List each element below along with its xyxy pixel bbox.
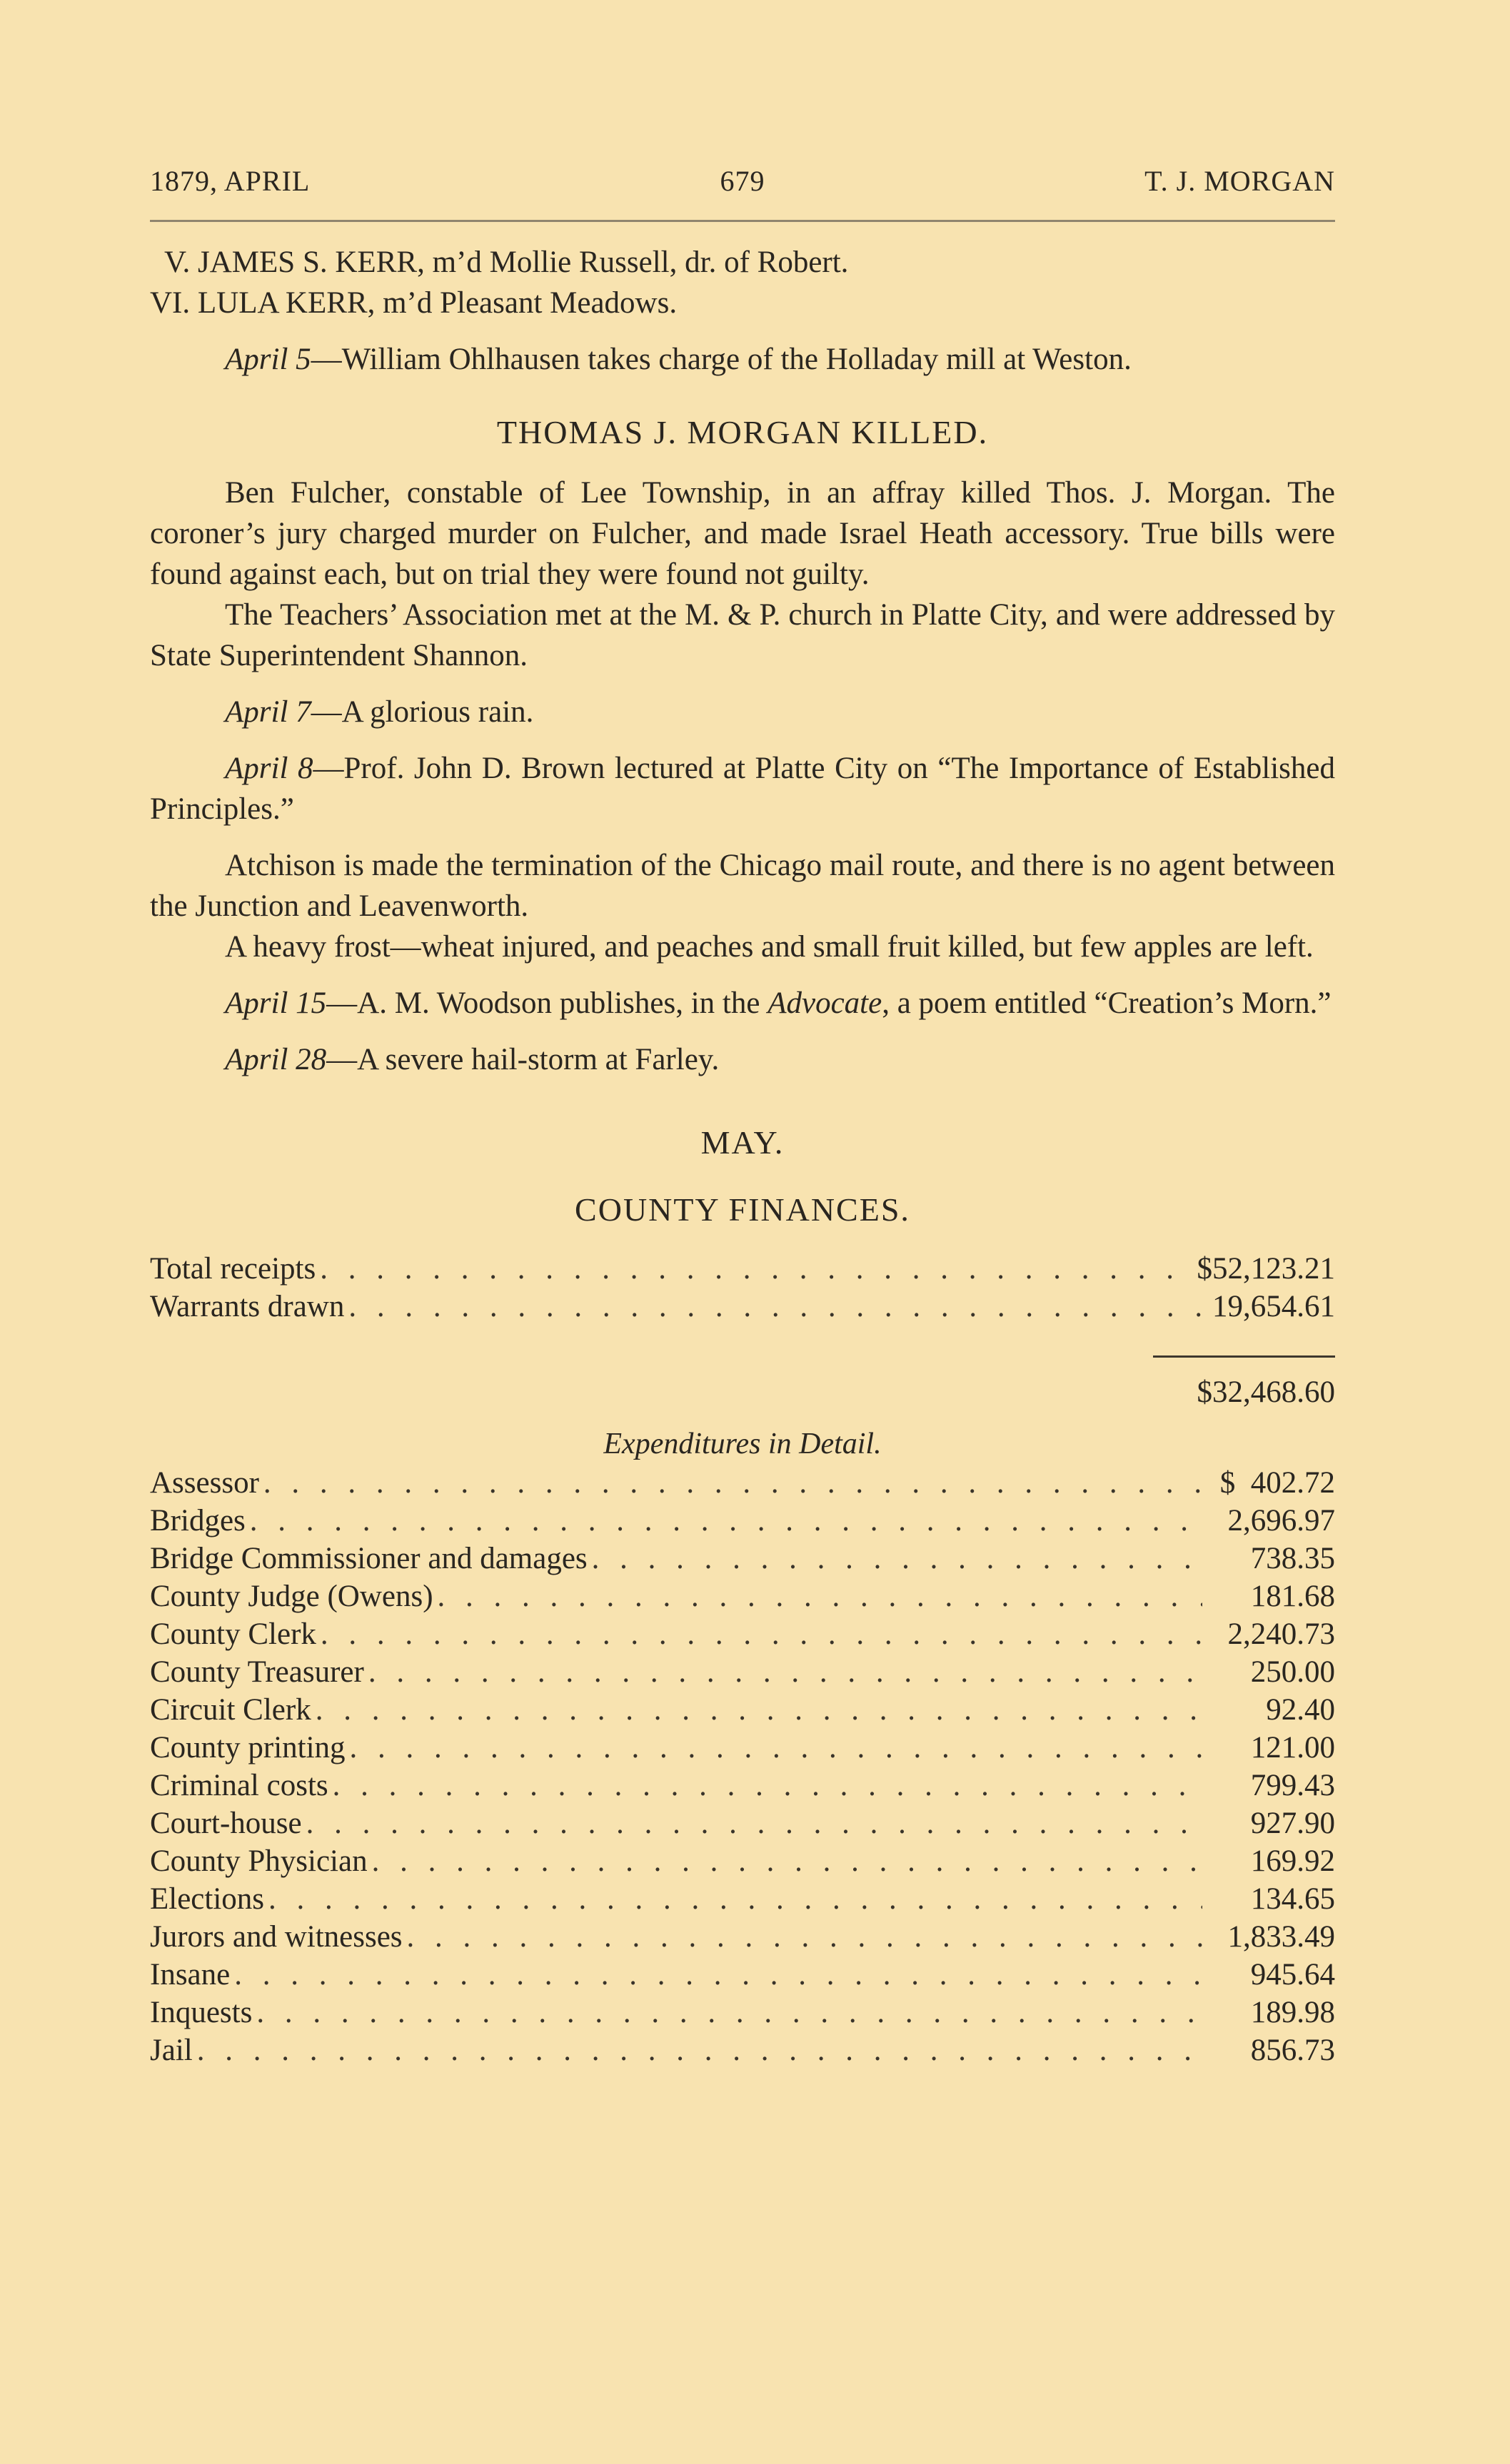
- dot-leader: [250, 1502, 1202, 1540]
- ledger-row: Bridge Commissioner and damages738.35: [150, 1540, 1335, 1577]
- dot-leader: [321, 1615, 1202, 1653]
- dot-leader: [438, 1577, 1202, 1615]
- ledger-row: County Physician169.92: [150, 1842, 1335, 1880]
- ledger-label: Elections: [150, 1880, 264, 1918]
- dot-leader: [592, 1540, 1202, 1577]
- ledger-label: Total receipts: [150, 1250, 316, 1288]
- child-entry-vi: VI. LULA KERR, m’d Pleasant Meadows.: [150, 283, 1335, 323]
- entry-april-28: April 28—A severe hail-storm at Farley.: [150, 1039, 1335, 1080]
- ledger-amount: 2,240.73: [1207, 1615, 1335, 1653]
- entry-date: April 15: [225, 986, 326, 1020]
- ledger-row: County printing121.00: [150, 1729, 1335, 1767]
- ledger-label: Warrants drawn: [150, 1288, 344, 1326]
- ledger-amount: 121.00: [1207, 1729, 1335, 1767]
- ledger-row-total-receipts: Total receipts $52,123.21: [150, 1250, 1335, 1288]
- ledger-label: Criminal costs: [150, 1767, 328, 1804]
- ledger-row: Bridges2,696.97: [150, 1502, 1335, 1540]
- dot-leader: [333, 1767, 1202, 1804]
- ledger-label: County Treasurer: [150, 1653, 364, 1691]
- paragraph-atchison-mail-route: Atchison is made the termination of the …: [150, 845, 1335, 926]
- ledger-amount: $52,123.21: [1197, 1250, 1336, 1288]
- expenditures-table: Assessor$ 402.72 Bridges2,696.97 Bridge …: [150, 1464, 1335, 2069]
- ledger-amount: 134.65: [1207, 1880, 1335, 1918]
- paragraph-morgan-killed: Ben Fulcher, constable of Lee Township, …: [150, 473, 1335, 595]
- ledger-row: County Treasurer250.00: [150, 1653, 1335, 1691]
- ledger-amount: 945.64: [1207, 1956, 1335, 1994]
- ledger-row: Circuit Clerk92.40: [150, 1691, 1335, 1729]
- entry-text: —William Ohlhausen takes charge of the H…: [311, 343, 1132, 376]
- entry-text: —Prof. John D. Brown lectured at Platte …: [150, 752, 1335, 826]
- ledger-amount: 169.92: [1207, 1842, 1335, 1880]
- sum-divider: [1153, 1355, 1335, 1358]
- dot-leader: [268, 1880, 1202, 1918]
- entry-date: April 7: [225, 695, 311, 729]
- page-number: 679: [150, 164, 1335, 198]
- ledger-amount: 2,696.97: [1207, 1502, 1335, 1540]
- dot-leader: [350, 1729, 1202, 1767]
- entry-text-continued: , a poem entitled “Creation’s Morn.”: [882, 986, 1331, 1020]
- child-numeral: VI.: [150, 286, 190, 320]
- dot-leader: [320, 1250, 1192, 1288]
- ledger-row: Insane945.64: [150, 1956, 1335, 1994]
- ledger-amount: 250.00: [1207, 1653, 1335, 1691]
- child-numeral: V.: [164, 246, 190, 279]
- ledger-row: County Judge (Owens)181.68: [150, 1577, 1335, 1615]
- ledger-label: County Judge (Owens): [150, 1577, 433, 1615]
- ledger-row: Inquests189.98: [150, 1994, 1335, 2031]
- dot-leader: [368, 1653, 1202, 1691]
- entry-april-15: April 15—A. M. Woodson publishes, in the…: [150, 983, 1335, 1024]
- ledger-amount: 181.68: [1207, 1577, 1335, 1615]
- entry-text: —A glorious rain.: [311, 695, 534, 729]
- ledger-label: Insane: [150, 1956, 230, 1994]
- entry-april-5: April 5—William Ohlhausen takes charge o…: [150, 339, 1335, 380]
- entry-date: April 8: [225, 752, 313, 785]
- entry-april-8: April 8—Prof. John D. Brown lectured at …: [150, 748, 1335, 829]
- ledger-amount: 738.35: [1207, 1540, 1335, 1577]
- ledger-amount: $ 402.72: [1207, 1464, 1335, 1502]
- child-name: JAMES S. KERR,: [198, 246, 425, 279]
- section-heading-morgan-killed: THOMAS J. MORGAN KILLED.: [150, 411, 1335, 454]
- ledger-label: Bridge Commissioner and damages: [150, 1540, 588, 1577]
- ledger-row: Elections134.65: [150, 1880, 1335, 1918]
- ledger-row: Criminal costs799.43: [150, 1767, 1335, 1804]
- section-heading-county-finances: COUNTY FINANCES.: [150, 1188, 1335, 1231]
- ledger-label: County printing: [150, 1729, 346, 1767]
- ledger-amount: 856.73: [1207, 2031, 1335, 2069]
- book-page: 1879, APRIL 679 T. J. MORGAN V. JAMES S.…: [150, 164, 1335, 2069]
- ledger-row-warrants-drawn: Warrants drawn 19,654.61: [150, 1288, 1335, 1326]
- ledger-label: Bridges: [150, 1502, 246, 1540]
- dot-leader: [407, 1918, 1202, 1956]
- entry-april-7: April 7—A glorious rain.: [150, 692, 1335, 732]
- entry-text: —A severe hail-storm at Farley.: [326, 1043, 719, 1076]
- month-heading-may: MAY.: [150, 1121, 1335, 1164]
- entry-date: April 28: [225, 1043, 326, 1076]
- ledger-row: Court-house927.90: [150, 1804, 1335, 1842]
- dot-leader: [316, 1691, 1202, 1729]
- ledger-label: County Physician: [150, 1842, 368, 1880]
- dot-leader: [372, 1842, 1202, 1880]
- entry-text: —A. M. Woodson publishes, in the: [326, 986, 767, 1020]
- entry-date: April 5: [225, 343, 311, 376]
- dot-leader: [306, 1804, 1202, 1842]
- ledger-row: County Clerk2,240.73: [150, 1615, 1335, 1653]
- child-text: m’d Pleasant Meadows.: [383, 286, 677, 320]
- publication-title: Advocate: [767, 986, 882, 1020]
- child-text: m’d Mollie Russell, dr. of Robert.: [433, 246, 849, 279]
- balance-amount: $32,468.60: [150, 1372, 1335, 1413]
- paragraph-teachers-association: The Teachers’ Association met at the M. …: [150, 595, 1335, 676]
- ledger-amount: 799.43: [1207, 1767, 1335, 1804]
- ledger-amount: 92.40: [1207, 1691, 1335, 1729]
- ledger-label: Inquests: [150, 1994, 252, 2031]
- ledger-row: Jail856.73: [150, 2031, 1335, 2069]
- ledger-amount: 927.90: [1207, 1804, 1335, 1842]
- child-name: LULA KERR,: [198, 286, 375, 320]
- ledger-row: Assessor$ 402.72: [150, 1464, 1335, 1502]
- finance-summary: Total receipts $52,123.21 Warrants drawn…: [150, 1250, 1335, 1413]
- running-head: 1879, APRIL 679 T. J. MORGAN: [150, 164, 1335, 200]
- ledger-label: Jail: [150, 2031, 193, 2069]
- ledger-amount: 1,833.49: [1207, 1918, 1335, 1956]
- child-entry-v: V. JAMES S. KERR, m’d Mollie Russell, dr…: [150, 242, 1335, 283]
- subheading-expenditures-in-detail: Expenditures in Detail.: [150, 1424, 1335, 1464]
- ledger-label: County Clerk: [150, 1615, 316, 1653]
- dot-leader: [256, 1994, 1202, 2031]
- ledger-amount: 19,654.61: [1207, 1288, 1335, 1326]
- dot-leader: [348, 1288, 1202, 1326]
- ledger-row: Jurors and witnesses1,833.49: [150, 1918, 1335, 1956]
- paragraph-heavy-frost: A heavy frost—wheat injured, and peaches…: [150, 926, 1335, 967]
- header-divider: [150, 220, 1335, 222]
- ledger-amount: 189.98: [1207, 1994, 1335, 2031]
- dot-leader: [234, 1956, 1202, 1994]
- dot-leader: [197, 2031, 1202, 2069]
- ledger-label: Assessor: [150, 1464, 259, 1502]
- page-content: V. JAMES S. KERR, m’d Mollie Russell, dr…: [150, 242, 1335, 2069]
- ledger-label: Jurors and witnesses: [150, 1918, 403, 1956]
- dot-leader: [263, 1464, 1202, 1502]
- ledger-label: Court-house: [150, 1804, 302, 1842]
- ledger-label: Circuit Clerk: [150, 1691, 311, 1729]
